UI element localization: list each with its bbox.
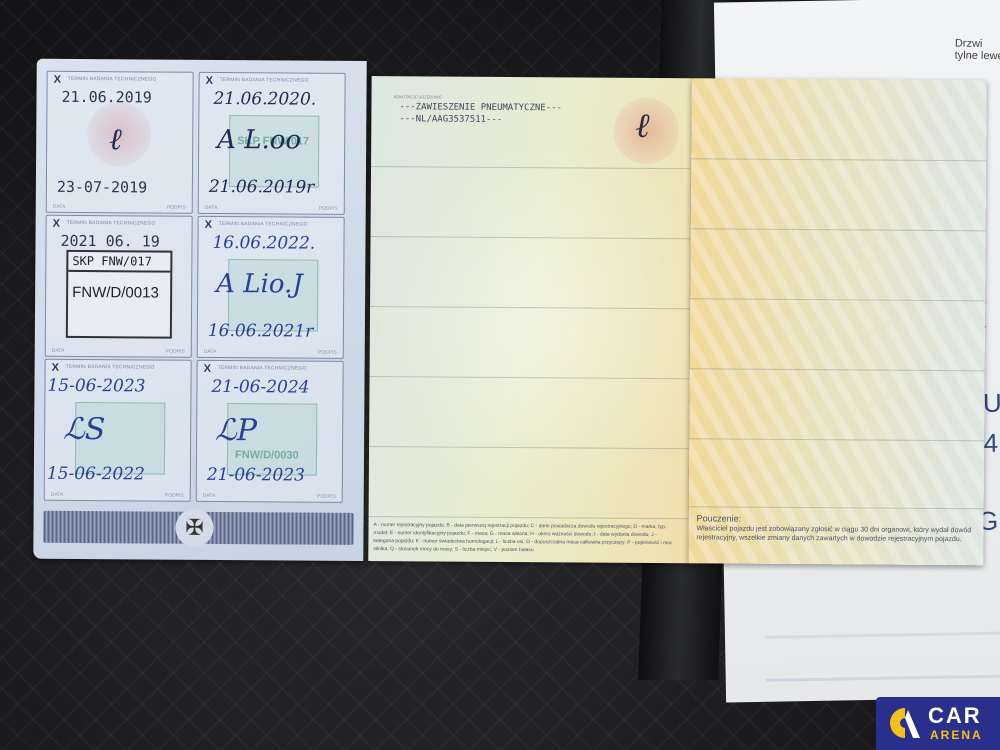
cell-mark: X	[54, 74, 61, 86]
issue-date: 21-06-2023	[207, 465, 305, 486]
logo-word-arena: ARENA	[930, 728, 983, 742]
cell-footer-signature: PODPIS	[166, 349, 185, 355]
notice-page: ℓ Pouczenie: Właściciel pojazdu jest zob…	[688, 78, 986, 565]
inspection-cell-5: X TERMIN BADANIA TECHNICZNEGO 15-06-2023…	[44, 359, 192, 502]
ruled-line	[371, 236, 691, 239]
registration-document: X TERMIN BADANIA TECHNICZNEGO 21.06.2019…	[33, 59, 987, 571]
cell-mark: X	[52, 362, 59, 374]
paper-edges	[765, 632, 1000, 682]
ruled-line	[371, 166, 691, 169]
next-inspection-date: 2021 06. 19	[60, 232, 159, 251]
cell-footer-date: DATA	[51, 492, 64, 498]
inspection-cell-1: X TERMIN BADANIA TECHNICZNEGO 21.06.2019…	[46, 71, 194, 214]
inspector-code: FNW/D/0013	[68, 272, 170, 314]
inspection-cell-3: X TERMIN BADANIA TECHNICZNEGO 2021 06. 1…	[45, 215, 193, 358]
station-box-stamp: SKP FNW/017 FNW/D/0013	[66, 250, 173, 339]
cell-footer-date: DATA	[205, 205, 218, 211]
paper-glyph: U	[983, 388, 1000, 419]
inspection-cell-4: X TERMIN BADANIA TECHNICZNEGO 16.06.2022…	[197, 216, 345, 359]
signature: A Lio.J	[216, 269, 303, 300]
inspection-page: X TERMIN BADANIA TECHNICZNEGO 21.06.2019…	[33, 59, 366, 561]
cell-mark: X	[204, 363, 211, 375]
cell-footer-date: DATA	[53, 204, 66, 210]
cell-footer-signature: PODPIS	[165, 493, 184, 499]
issue-date: 23-07-2019	[57, 178, 147, 197]
inspection-cell-2: X TERMIN BADANIA TECHNICZNEGO SKP FNW/01…	[198, 72, 346, 215]
cell-footer-signature: PODPIS	[317, 494, 336, 500]
ruled-line	[689, 506, 984, 509]
cell-header: TERMIN BADANIA TECHNICZNEGO	[68, 76, 157, 83]
ruled-line	[689, 438, 984, 441]
ruled-line	[690, 298, 985, 301]
cell-mark: X	[53, 218, 60, 230]
cell-header: TERMIN BADANIA TECHNICZNEGO	[219, 221, 308, 228]
station-code: SKP FNW/017	[68, 252, 170, 273]
cell-footer-date: DATA	[204, 349, 217, 355]
cell-header: TERMIN BADANIA TECHNICZNEGO	[218, 365, 307, 372]
cell-header: TERMIN BADANIA TECHNICZNEGO	[220, 77, 309, 84]
issue-date: 16.06.2021r	[208, 321, 314, 342]
next-inspection-date: 21.06.2020.	[213, 89, 316, 110]
cell-footer-signature: PODPIS	[167, 205, 186, 211]
cell-mark: X	[205, 219, 212, 231]
signature: ℒS	[63, 412, 105, 447]
ruled-line	[369, 516, 689, 519]
ruled-line	[691, 228, 986, 231]
cell-footer-signature: PODPIS	[318, 350, 337, 356]
paper-glyph: 4	[983, 428, 998, 459]
cell-header: TERMIN BADANIA TECHNICZNEGO	[66, 364, 155, 371]
ruled-line	[691, 158, 986, 161]
cell-mark: X	[206, 75, 213, 87]
station-stamp-text: FNW/D/0030	[235, 449, 299, 461]
signature: ℓ	[635, 106, 649, 146]
remarks-header: ADNOTACJE URZĘDOWE	[394, 94, 442, 99]
car-arena-watermark: CAR ARENA	[876, 697, 1000, 750]
ruled-line	[369, 446, 689, 449]
eagle-emblem-icon: ✠	[175, 509, 213, 547]
notice-block: Pouczenie: Właściciel pojazdu jest zobow…	[696, 514, 976, 544]
ruled-line	[690, 368, 985, 371]
ruled-line	[370, 376, 690, 379]
cell-header: TERMIN BADANIA TECHNICZNEGO	[67, 220, 156, 227]
signature: A L.oo	[217, 125, 301, 156]
typed-annotation: ---NL/AAG3537511---	[399, 114, 502, 125]
paper-note: Drzwi tylne lewe	[955, 38, 1000, 63]
issue-date: 21.06.2019r	[209, 177, 315, 198]
typed-annotation: ---ZAWIESZENIE PNEUMATYCZNE---	[399, 102, 562, 113]
field-legend: A - numer rejestracyjny pojazdu; B - dat…	[373, 521, 673, 555]
inspection-cell-6: X TERMIN BADANIA TECHNICZNEGO FNW/D/0030…	[196, 360, 344, 503]
car-arena-logo-icon	[888, 706, 922, 740]
issue-date: 15-06-2022	[47, 464, 145, 485]
ruled-line	[370, 306, 690, 309]
notice-text: Właściciel pojazdu jest zobowiązany zgło…	[696, 525, 971, 543]
notice-title: Pouczenie:	[697, 514, 977, 525]
logo-word-car: CAR	[928, 703, 982, 729]
next-inspection-date: 21-06-2024	[211, 377, 309, 398]
signature: ℓ	[109, 122, 122, 157]
cell-footer-date: DATA	[52, 348, 65, 354]
cell-footer-signature: PODPIS	[319, 206, 338, 212]
next-inspection-date: 16.06.2022.	[212, 233, 315, 254]
signature: ℒP	[215, 413, 257, 448]
next-inspection-date: 15-06-2023	[47, 376, 145, 397]
cell-footer-date: DATA	[203, 493, 216, 499]
